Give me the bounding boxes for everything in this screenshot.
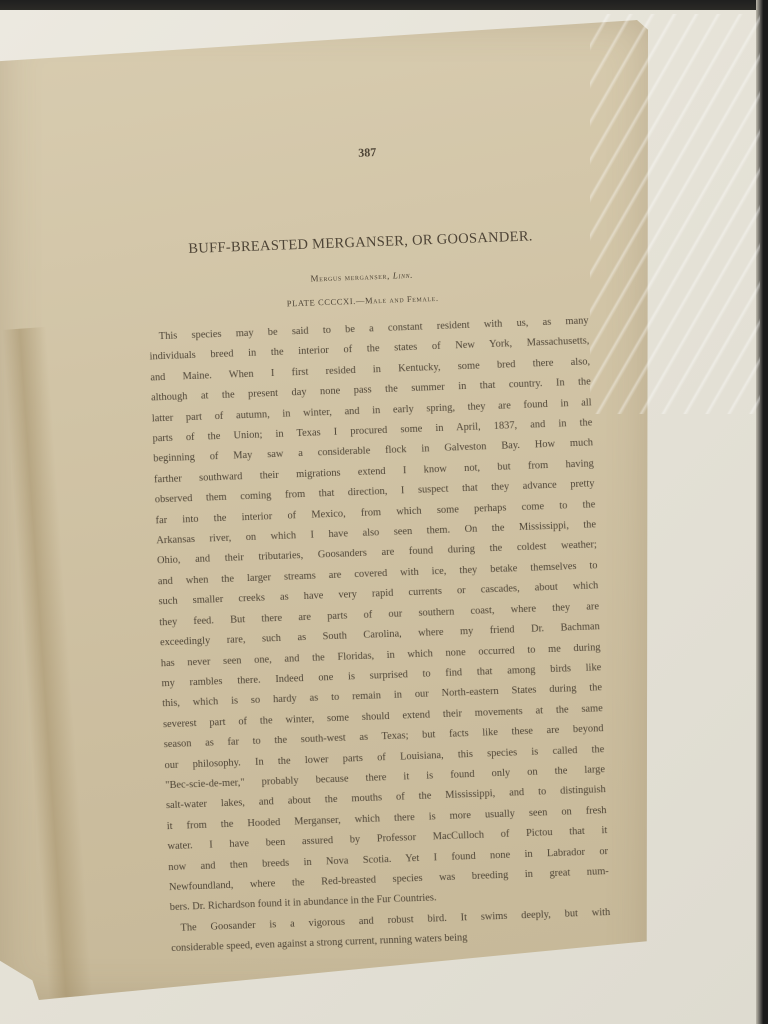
latin-name: Mergus merganser, Linn. <box>137 263 587 289</box>
mat-edge-shadow <box>756 0 768 1024</box>
body-text: This species may be said to be a constan… <box>139 311 612 960</box>
page-text-block: 387 BUFF-BREASTED MERGANSER, OR GOOSANDE… <box>132 134 611 961</box>
plate-caption: PLATE CCCCXI.—Male and Female. <box>138 287 588 313</box>
page-title: BUFF-BREASTED MERGANSER, OR GOOSANDER. <box>135 226 585 259</box>
latin-binomial: Mergus merganser, <box>310 271 390 284</box>
body-paragraph: This species may be said to be a constan… <box>139 311 612 960</box>
photo-scene: 387 BUFF-BREASTED MERGANSER, OR GOOSANDE… <box>0 0 768 1024</box>
latin-author: Linn. <box>393 270 414 281</box>
